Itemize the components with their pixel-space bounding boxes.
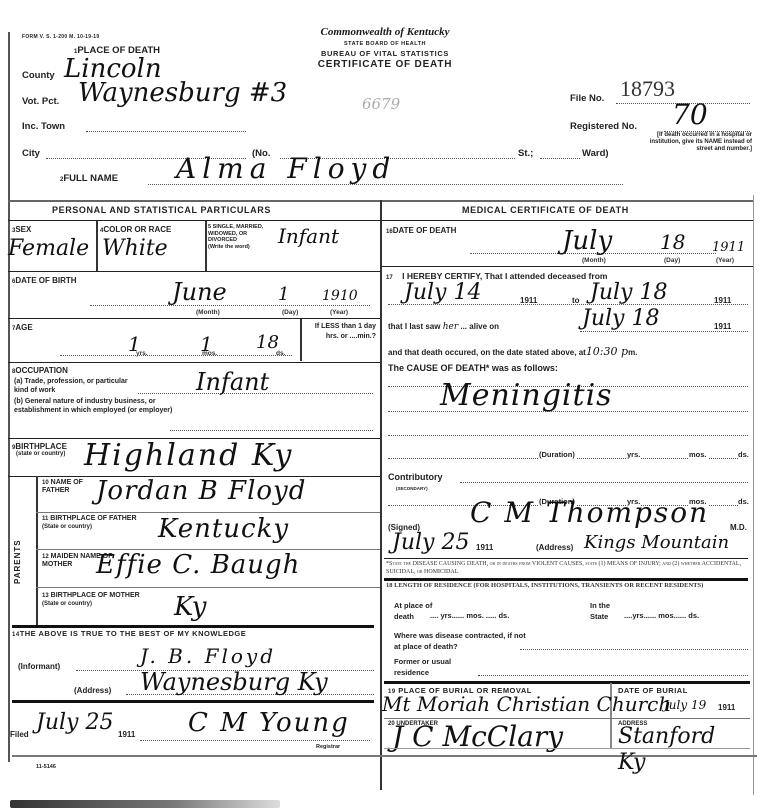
informant-label: (Informant) [18, 662, 60, 671]
undertaker-bottom-rule [384, 748, 750, 749]
cause-value: Meningitis [440, 378, 613, 413]
father-name-label: 10 NAME OF FATHER [42, 479, 102, 495]
city-label: City [22, 148, 40, 159]
occupation-b-note: (b) General nature of industry business,… [14, 397, 174, 415]
race-label: 4COLOR OR RACE [100, 225, 171, 235]
physician-address: Kings Mountain [584, 532, 729, 553]
dob-month: June [172, 278, 227, 306]
parents-divider [36, 476, 38, 626]
dod-day: 18 [660, 230, 685, 254]
father-name-value: Jordan B Floyd [96, 476, 306, 506]
personal-section-header: PERSONAL AND STATISTICAL PARTICULARS [52, 205, 271, 215]
occupation-label: 8OCCUPATION [12, 366, 68, 376]
board-name: STATE BOARD OF HEALTH [300, 41, 470, 47]
ward-label: Ward) [582, 148, 609, 159]
race-value: White [102, 236, 168, 261]
death-occurred-text: and that death occured, on the date stat… [388, 345, 637, 358]
burial-date-value: July 19 [664, 698, 706, 712]
contributory-field [460, 482, 748, 483]
attended-from-year: 1911 [520, 296, 537, 305]
signed-date: July 25 [392, 530, 469, 555]
registered-no-value: 70 [672, 98, 708, 131]
last-saw-date: July 18 [582, 306, 659, 331]
mother-name-value: Effie C. Baugh [96, 550, 300, 580]
filing-top-rule [12, 700, 374, 703]
attended-from-date: July 14 [404, 280, 481, 305]
last-saw-year: 1911 [714, 322, 731, 331]
dod-day-label: (Day) [664, 257, 680, 264]
dob-month-label: (Month) [196, 309, 220, 316]
footnote-top-rule [384, 558, 748, 559]
filed-field [140, 740, 370, 741]
dob-day: 1 [278, 284, 289, 305]
row-divider-3 [8, 362, 380, 363]
dob-day-label: (Day) [282, 309, 298, 316]
former-residence-label: Former or usual residence [394, 656, 454, 678]
inc-town-field[interactable] [86, 131, 246, 132]
filed-date: July 25 [36, 710, 113, 735]
in-state-label: In the State [590, 600, 626, 622]
scan-edge [10, 800, 280, 808]
age-field [60, 355, 292, 356]
sex-race-divider [96, 221, 98, 271]
parents-row-1 [36, 512, 380, 513]
attended-to-date: July 18 [590, 280, 667, 305]
mother-birthplace-label: 13 BIRTHPLACE OF MOTHER(State or country… [42, 592, 142, 608]
registered-no-field [664, 131, 750, 132]
physician-signature: C M Thompson [470, 496, 709, 529]
burial-place-value: Mt Moriah Christian Church [382, 692, 671, 716]
burial-top-rule [384, 681, 750, 684]
full-name-field [148, 184, 623, 185]
occupation-value: Infant [196, 368, 269, 396]
former-residence-field [478, 675, 748, 676]
section-header-divider [8, 220, 753, 221]
residence-label: 18 LENGTH OF RESIDENCE (FOR HOSPITALS, I… [386, 582, 748, 590]
birthplace-value: Highland Ky [84, 438, 293, 473]
row-divider-1 [8, 271, 380, 272]
dob-label: 6DATE OF BIRTH [12, 276, 77, 286]
file-no-label: File No. [570, 93, 604, 104]
registrar-label: Registrar [316, 744, 340, 750]
informant-address-value: Waynesburg Ky [140, 668, 328, 696]
footnote: *State the DISEASE CAUSING DEATH, or in … [386, 560, 748, 576]
burial-year: 1911 [718, 703, 735, 712]
residence-top-rule [384, 578, 748, 581]
informant-address-label: (Address) [74, 686, 111, 695]
file-no-value: 18793 [620, 76, 675, 102]
undertaker-address-value: Stanford Ky [618, 724, 748, 776]
father-birthplace-value: Kentucky [158, 514, 289, 544]
age-yrs-label: yrs. [136, 350, 148, 357]
sex-label: 3SEX [12, 225, 31, 235]
occupation-a-note: (a) Trade, profession, or particular kin… [14, 377, 142, 395]
dob-year-label: (Year) [330, 309, 348, 316]
full-name-label: 2FULL NAME [60, 173, 118, 184]
right-border [753, 195, 754, 795]
medical-row-divider-1 [381, 266, 753, 267]
age-label: 7AGE [12, 323, 33, 333]
sex-value: Female [8, 236, 89, 261]
less-than-day-note: If LESS than 1 day hrs. or ....min.? [304, 322, 376, 342]
mother-birthplace-value: Ky [174, 592, 206, 622]
informant-statement: 14THE ABOVE IS TRUE TO THE BEST OF MY KN… [12, 629, 246, 639]
age-ds-label: ds. [276, 350, 285, 357]
last-saw-field [580, 331, 748, 332]
in-state-fields: ....yrs...... mos...... ds. [624, 611, 699, 620]
full-name-value: Alma Floyd [176, 152, 396, 185]
dod-year-label: (Year) [716, 257, 734, 264]
father-birthplace-label: 11 BIRTHPLACE OF FATHER(State or country… [42, 515, 142, 531]
dob-field [90, 305, 370, 306]
dob-year: 1910 [322, 288, 358, 304]
physician-address-label: (Address) [536, 543, 573, 552]
where-contracted-field [520, 649, 748, 650]
informant-value: J. B. Floyd [140, 644, 276, 668]
informant-top-rule [12, 625, 374, 628]
bottom-code: 11-5146 [36, 764, 56, 770]
state-header: Commonwealth of Kentucky [300, 26, 470, 38]
bureau-name: BUREAU OF VITAL STATISTICS [300, 49, 470, 58]
state-header-block: Commonwealth of Kentucky STATE BOARD OF … [300, 26, 470, 70]
form-number: FORM V. S. 1-200 M. 10-19-19 [22, 34, 99, 40]
last-saw-text: that I last saw her ... alive on [388, 322, 499, 332]
row-divider-2 [8, 318, 380, 319]
filed-label: Filed [10, 730, 29, 739]
age-less-divider [300, 319, 302, 361]
md-label: M.D. [730, 523, 747, 532]
marital-label: 5 SINGLE, MARRIED, WIDOWED, OR DIVORCED(… [208, 224, 268, 250]
ward-field[interactable] [540, 158, 580, 159]
cause-label: The CAUSE OF DEATH* was as follows: [388, 363, 558, 373]
stamp-number: 6679 [362, 95, 400, 113]
occupation-b-field [170, 430, 373, 431]
registrar-signature: C M Young [188, 708, 350, 738]
attended-to-label: to [572, 296, 580, 305]
cause-line-3 [388, 435, 748, 436]
contributory-note: (SECONDARY) [396, 486, 428, 491]
filed-year: 1911 [118, 730, 135, 739]
registered-no-label: Registered No. [570, 121, 637, 132]
certificate-title: CERTIFICATE OF DEATH [300, 59, 470, 70]
marital-value: Infant [278, 224, 339, 248]
inc-town-label: Inc. Town [22, 121, 65, 132]
where-contracted-label: Where was disease contracted, if not at … [394, 630, 534, 652]
hospital-note: [If death occurred in a hospital or inst… [640, 132, 752, 153]
birthplace-note: (state or country) [16, 451, 65, 457]
undertaker-top-rule [384, 718, 750, 719]
race-marital-divider [205, 221, 207, 271]
dod-label: 16DATE OF DEATH [386, 226, 456, 236]
parents-label: PARENTS [13, 539, 22, 584]
vot-pct-label: Vot. Pct. [22, 96, 59, 107]
at-place-fields: .... yrs...... mos. ..... ds. [430, 611, 509, 620]
county-label: County [22, 70, 55, 81]
signed-year: 1911 [476, 543, 493, 552]
attended-to-year: 1911 [714, 296, 731, 305]
dod-month-label: (Month) [582, 257, 606, 264]
vot-pct-value: Waynesburg #3 [78, 78, 287, 108]
medical-section-header: MEDICAL CERTIFICATE OF DEATH [462, 205, 629, 215]
left-border [8, 32, 10, 762]
dod-month: July [562, 226, 612, 256]
parents-row-3 [36, 587, 380, 588]
contributory-label: Contributory [388, 472, 443, 482]
at-place-label: At place of death [394, 600, 434, 622]
dod-year: 1911 [712, 240, 745, 255]
age-mos-label: mos. [202, 350, 217, 357]
st-label: St.; [518, 148, 533, 159]
